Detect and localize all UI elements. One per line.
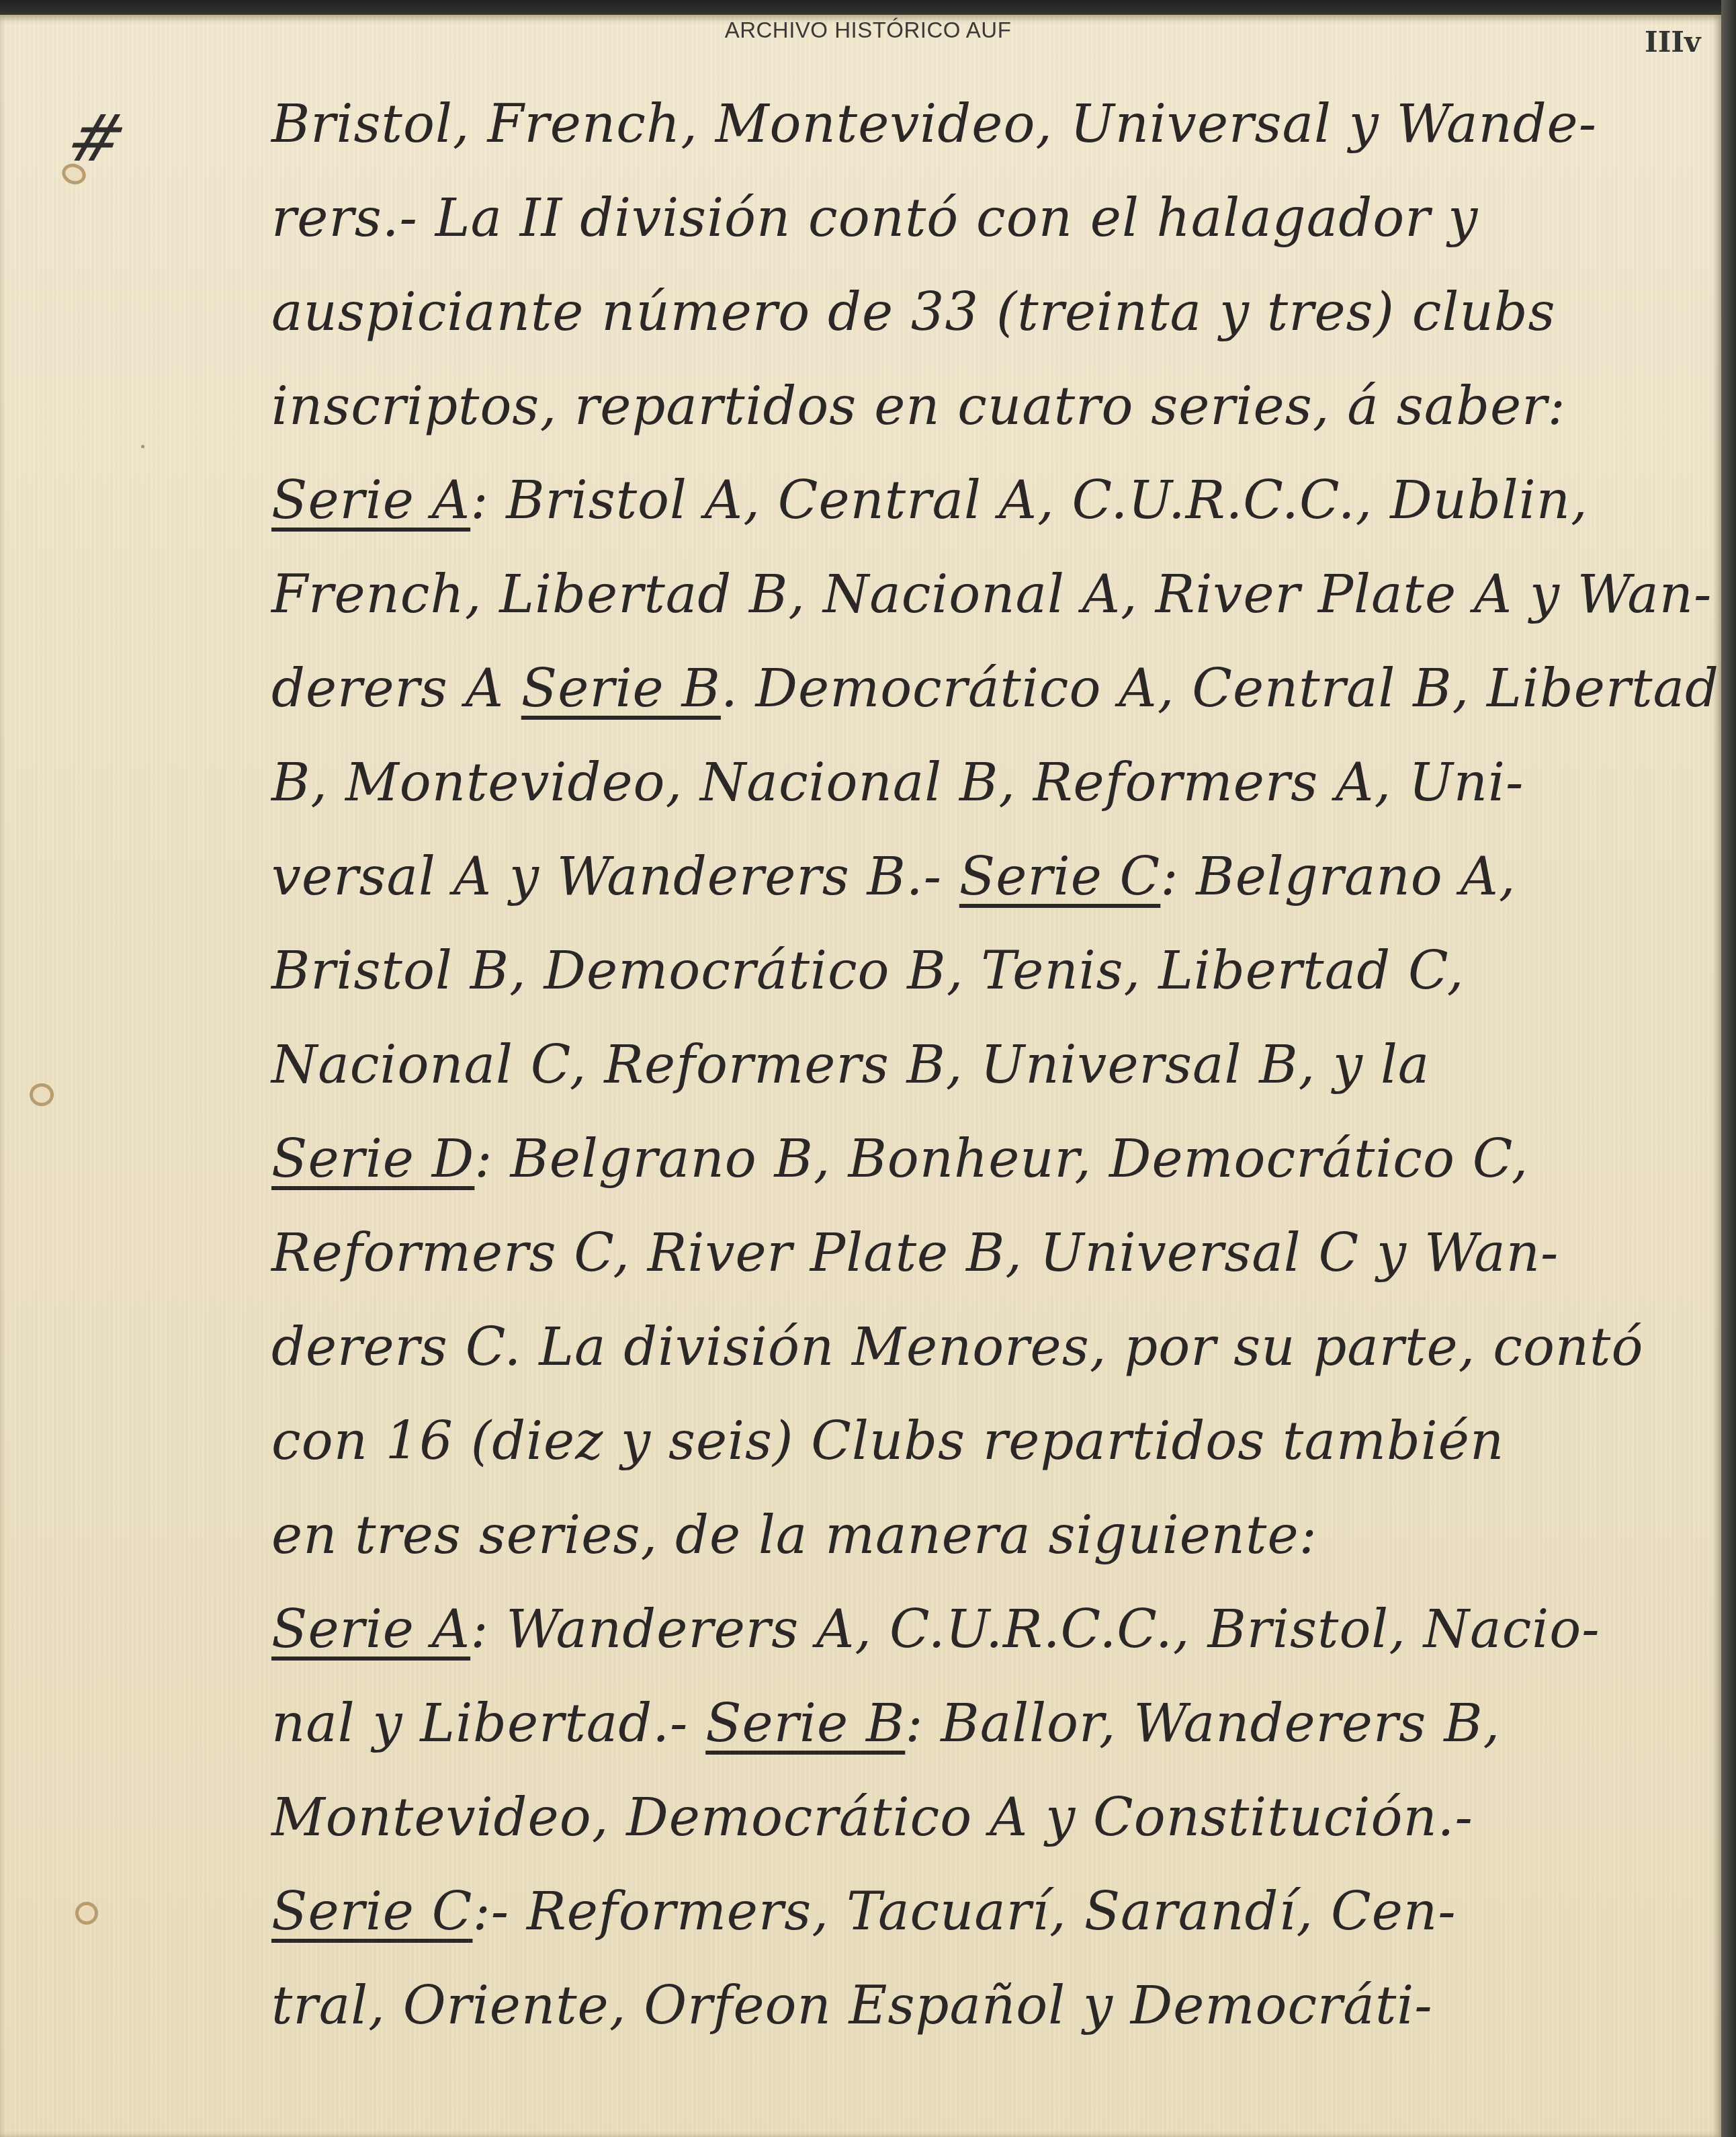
text-line: Montevideo, Democrático A y Constitución…	[271, 1788, 1473, 1848]
text-line: Serie A: Bristol A, Central A, C.U.R.C.C…	[271, 470, 1588, 531]
line-text: B, Montevideo, Nacional B, Reformers A, …	[271, 753, 1524, 813]
text-line: derers C. La división Menores, por su pa…	[271, 1317, 1643, 1378]
serie-heading: Serie C	[271, 1882, 472, 1942]
text-line: French, Libertad B, Nacional A, River Pl…	[271, 564, 1712, 625]
line-text: French, Libertad B, Nacional A, River Pl…	[271, 564, 1712, 625]
punch-hole	[30, 1083, 54, 1106]
text-line: Serie D: Belgrano B, Bonheur, Democrátic…	[271, 1129, 1528, 1189]
serie-heading: Serie A	[271, 1599, 470, 1660]
text-line: Bristol B, Democrático B, Tenis, Liberta…	[271, 941, 1465, 1001]
line-text: auspiciante número de 33 (treinta y tres…	[271, 282, 1556, 343]
text-line: Nacional C, Reformers B, Universal B, y …	[271, 1035, 1430, 1095]
text-line: B, Montevideo, Nacional B, Reformers A, …	[271, 753, 1524, 813]
line-text: nal y Libertad.-	[271, 1693, 705, 1754]
serie-heading: Serie B	[705, 1693, 905, 1754]
text-line: Bristol, French, Montevideo, Universal y…	[271, 94, 1597, 155]
line-text: Reformers C, River Plate B, Universal C …	[271, 1223, 1559, 1284]
line-text: : Bristol A, Central A, C.U.R.C.C., Dubl…	[470, 470, 1588, 531]
text-line: nal y Libertad.- Serie B: Ballor, Wander…	[271, 1693, 1500, 1754]
line-text: Bristol B, Democrático B, Tenis, Liberta…	[271, 941, 1465, 1001]
text-line: rers.- La II división contó con el halag…	[271, 188, 1478, 249]
text-line: Serie A: Wanderers A, C.U.R.C.C., Bristo…	[271, 1599, 1600, 1660]
text-line: derers A Serie B. Democrático A, Central…	[271, 659, 1719, 719]
line-text: Montevideo, Democrático A y Constitución…	[271, 1788, 1473, 1848]
folio-number: IIIv	[1645, 26, 1700, 58]
line-text: Nacional C, Reformers B, Universal B, y …	[271, 1035, 1430, 1095]
archive-watermark: ARCHIVO HISTÓRICO AUF	[0, 17, 1736, 43]
serie-heading: Serie A	[271, 470, 470, 531]
line-text: inscriptos, repartidos en cuatro series,…	[271, 376, 1566, 437]
text-line: auspiciante número de 33 (treinta y tres…	[271, 282, 1556, 343]
scanner-right-edge	[1721, 0, 1736, 2137]
line-text: en tres series, de la manera siguiente:	[271, 1505, 1317, 1566]
text-line: inscriptos, repartidos en cuatro series,…	[271, 376, 1566, 437]
line-text: : Belgrano B, Bonheur, Democrático C,	[474, 1129, 1528, 1189]
line-text: :- Reformers, Tacuarí, Sarandí, Cen-	[472, 1882, 1456, 1942]
text-line: Reformers C, River Plate B, Universal C …	[271, 1223, 1559, 1284]
line-text: : Wanderers A, C.U.R.C.C., Bristol, Naci…	[470, 1599, 1600, 1660]
text-line: en tres series, de la manera siguiente:	[271, 1505, 1317, 1566]
line-text: derers A	[271, 659, 521, 719]
serie-heading: Serie C	[959, 847, 1160, 907]
text-line: con 16 (diez y seis) Clubs repartidos ta…	[271, 1411, 1504, 1472]
line-text: versal A y Wanderers B.-	[271, 847, 959, 907]
text-line: Serie C:- Reformers, Tacuarí, Sarandí, C…	[271, 1882, 1457, 1942]
line-text: Bristol, French, Montevideo, Universal y…	[271, 94, 1597, 155]
line-text: : Belgrano A,	[1160, 847, 1516, 907]
line-text: con 16 (diez y seis) Clubs repartidos ta…	[271, 1411, 1504, 1472]
serie-heading: Serie D	[271, 1129, 474, 1189]
serie-heading: Serie B	[521, 659, 721, 719]
line-text: : Ballor, Wanderers B,	[905, 1693, 1500, 1754]
line-text: rers.- La II división contó con el halag…	[271, 188, 1478, 249]
paper-speck	[141, 445, 144, 448]
line-text: tral, Oriente, Orfeon Español y Democrát…	[271, 1976, 1433, 2036]
text-line: tral, Oriente, Orfeon Español y Democrát…	[271, 1976, 1433, 2036]
line-text: derers C. La división Menores, por su pa…	[271, 1317, 1643, 1378]
line-text: . Democrático A, Central B, Libertad	[721, 659, 1719, 719]
punch-hole	[75, 1902, 98, 1925]
text-line: versal A y Wanderers B.- Serie C: Belgra…	[271, 847, 1516, 907]
